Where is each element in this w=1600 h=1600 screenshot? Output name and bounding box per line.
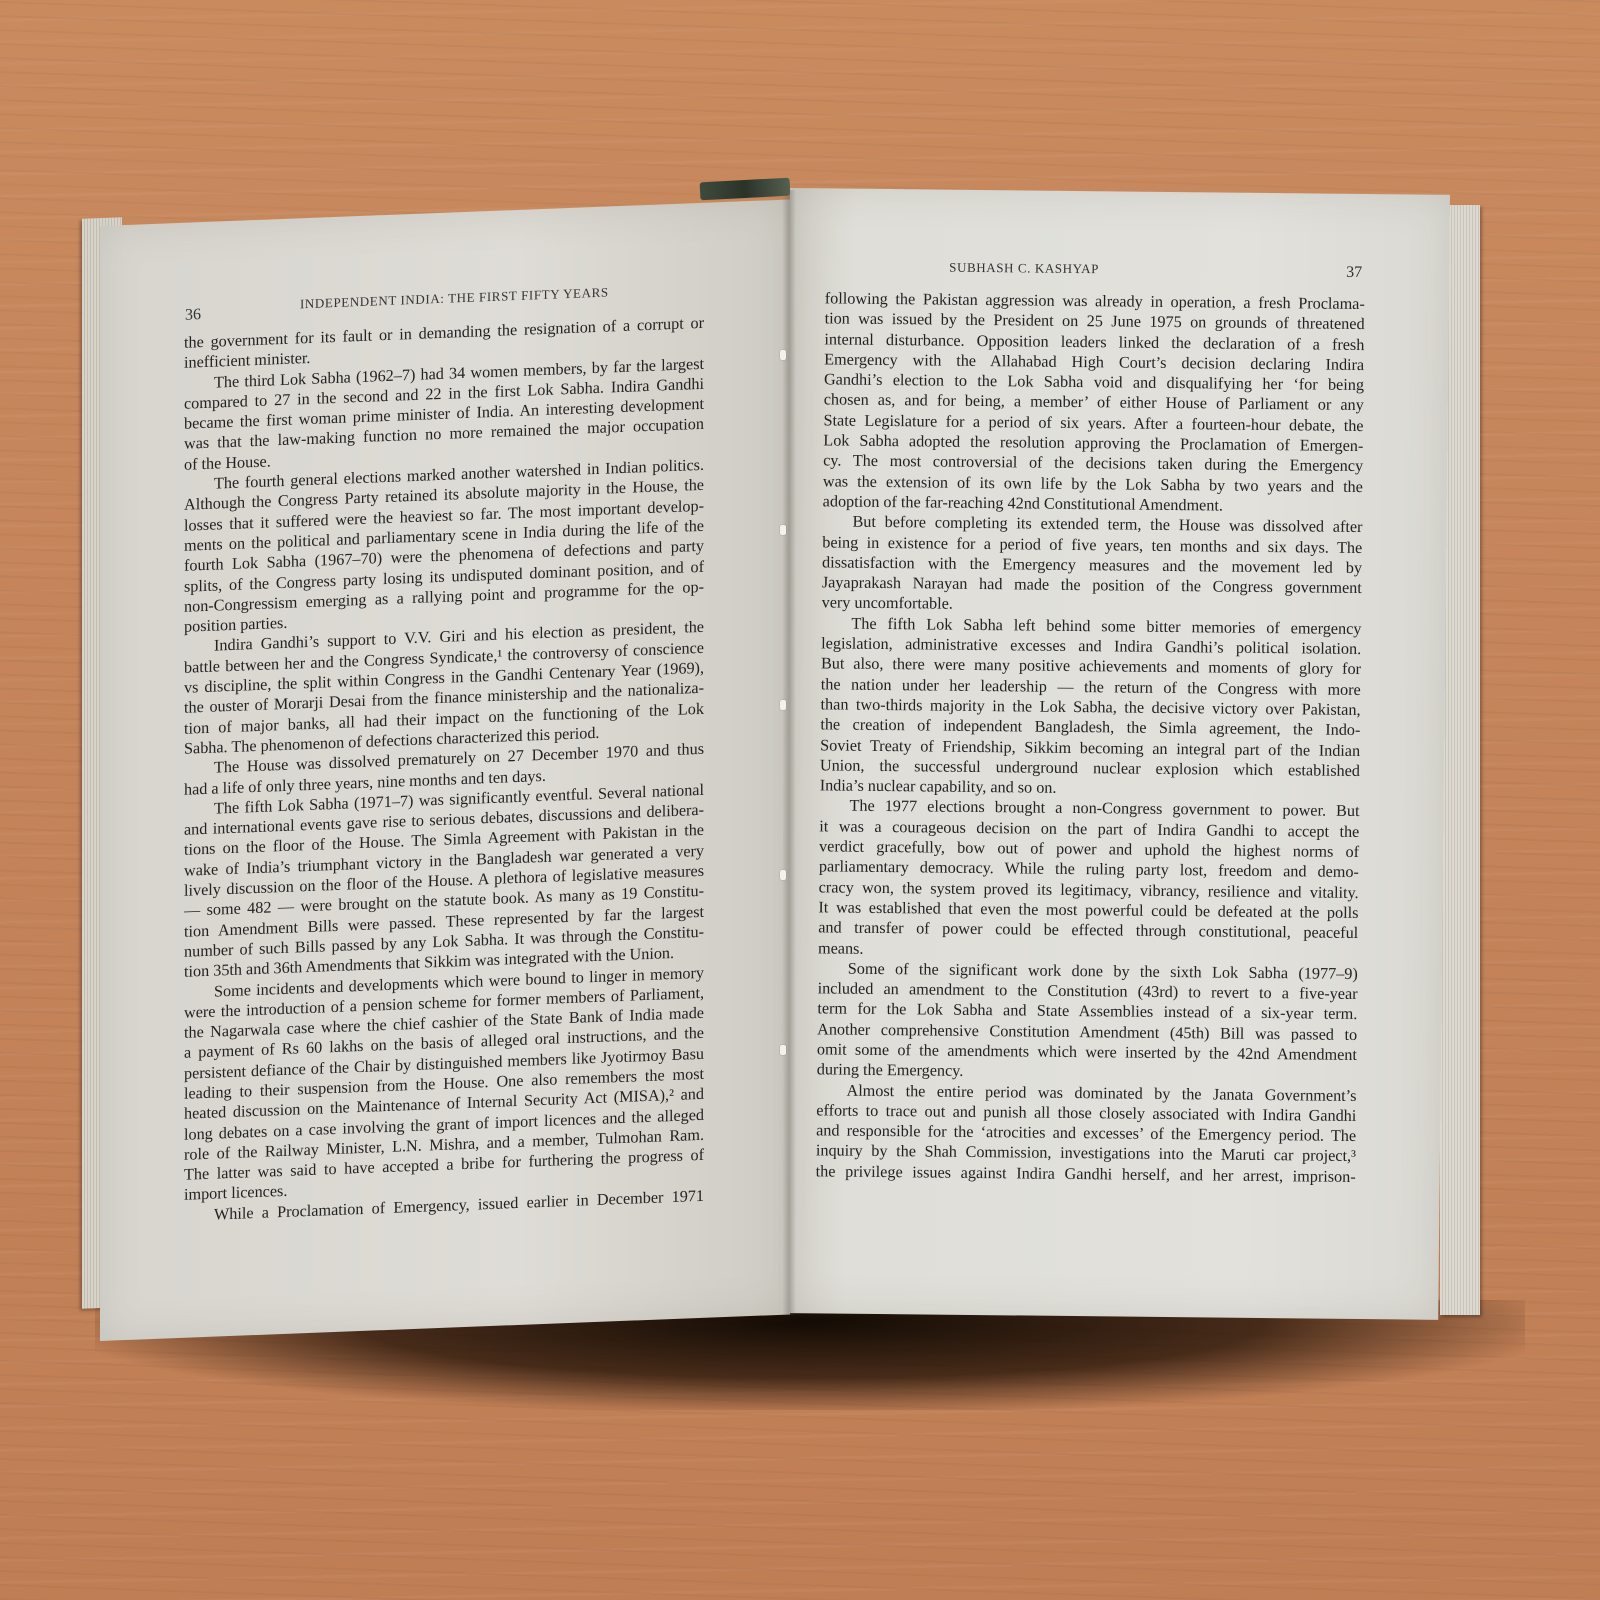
binding-stitch	[780, 1045, 786, 1055]
binding-stitch	[780, 350, 786, 360]
right-body-text: following the Pakistan aggression was al…	[816, 288, 1365, 1187]
left-running-head: Independent India: The First Fifty Years	[300, 284, 609, 312]
binding-stitch	[780, 700, 786, 710]
left-page: 36 Independent India: The First Fifty Ye…	[100, 199, 790, 1341]
right-page-number: 37	[1346, 264, 1362, 282]
binding-stitch	[780, 870, 786, 880]
left-body-text: the government for its fault or in deman…	[184, 313, 704, 1226]
binding-stitch	[780, 525, 786, 535]
left-page-number: 36	[185, 306, 201, 325]
right-running-head: Subhash C. Kashyap	[949, 260, 1099, 278]
right-page: Subhash C. Kashyap 37 following the Paki…	[778, 188, 1450, 1320]
